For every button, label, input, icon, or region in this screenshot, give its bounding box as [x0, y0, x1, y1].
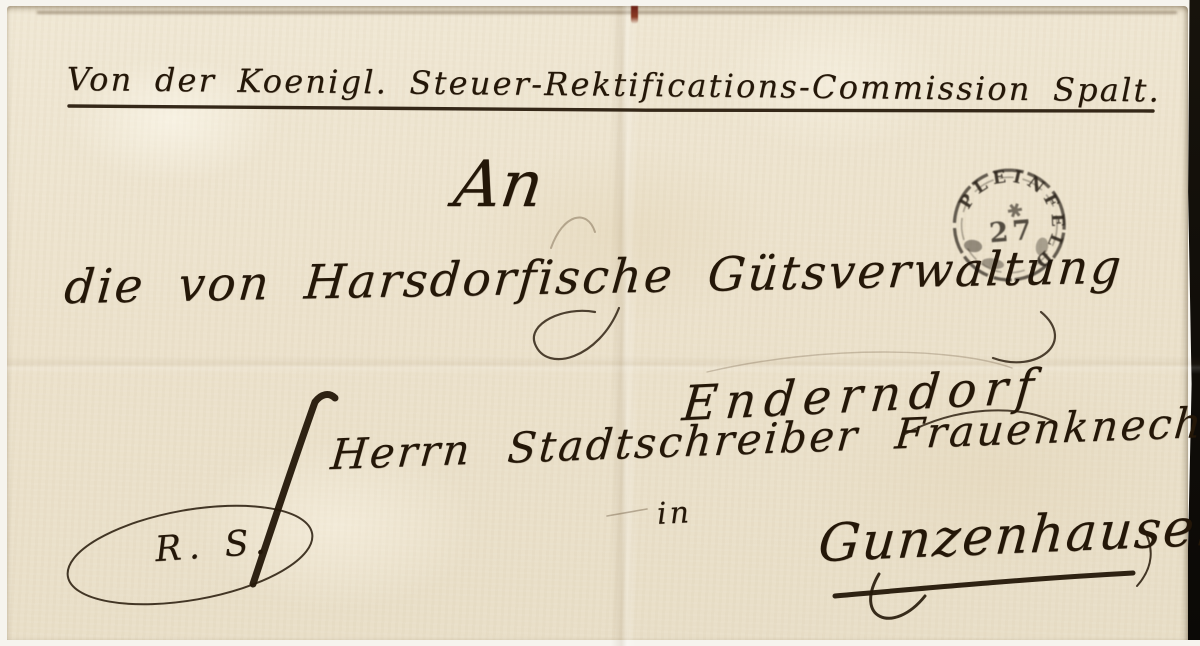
preposition-in: in: [656, 495, 693, 532]
letter-sheet: Von der Koenigl. Steuer-Rektifications-C…: [7, 6, 1188, 640]
postmark-pleinfeld: PLEINFELD ✱ 27: [936, 157, 1082, 298]
initials-rs: R. S.: [154, 522, 274, 570]
wax-seal-remnant: [631, 6, 638, 24]
sender-line: Von der Koenigl. Steuer-Rektifications-C…: [67, 60, 1162, 109]
postmark-date: 27: [988, 214, 1037, 250]
salutation-an: An: [450, 148, 548, 222]
destination-gunzenhausen: Gunzenhausen.: [816, 496, 1200, 574]
destination-underline: [835, 573, 1133, 596]
paper-top-edge-shadow: [37, 11, 1177, 14]
